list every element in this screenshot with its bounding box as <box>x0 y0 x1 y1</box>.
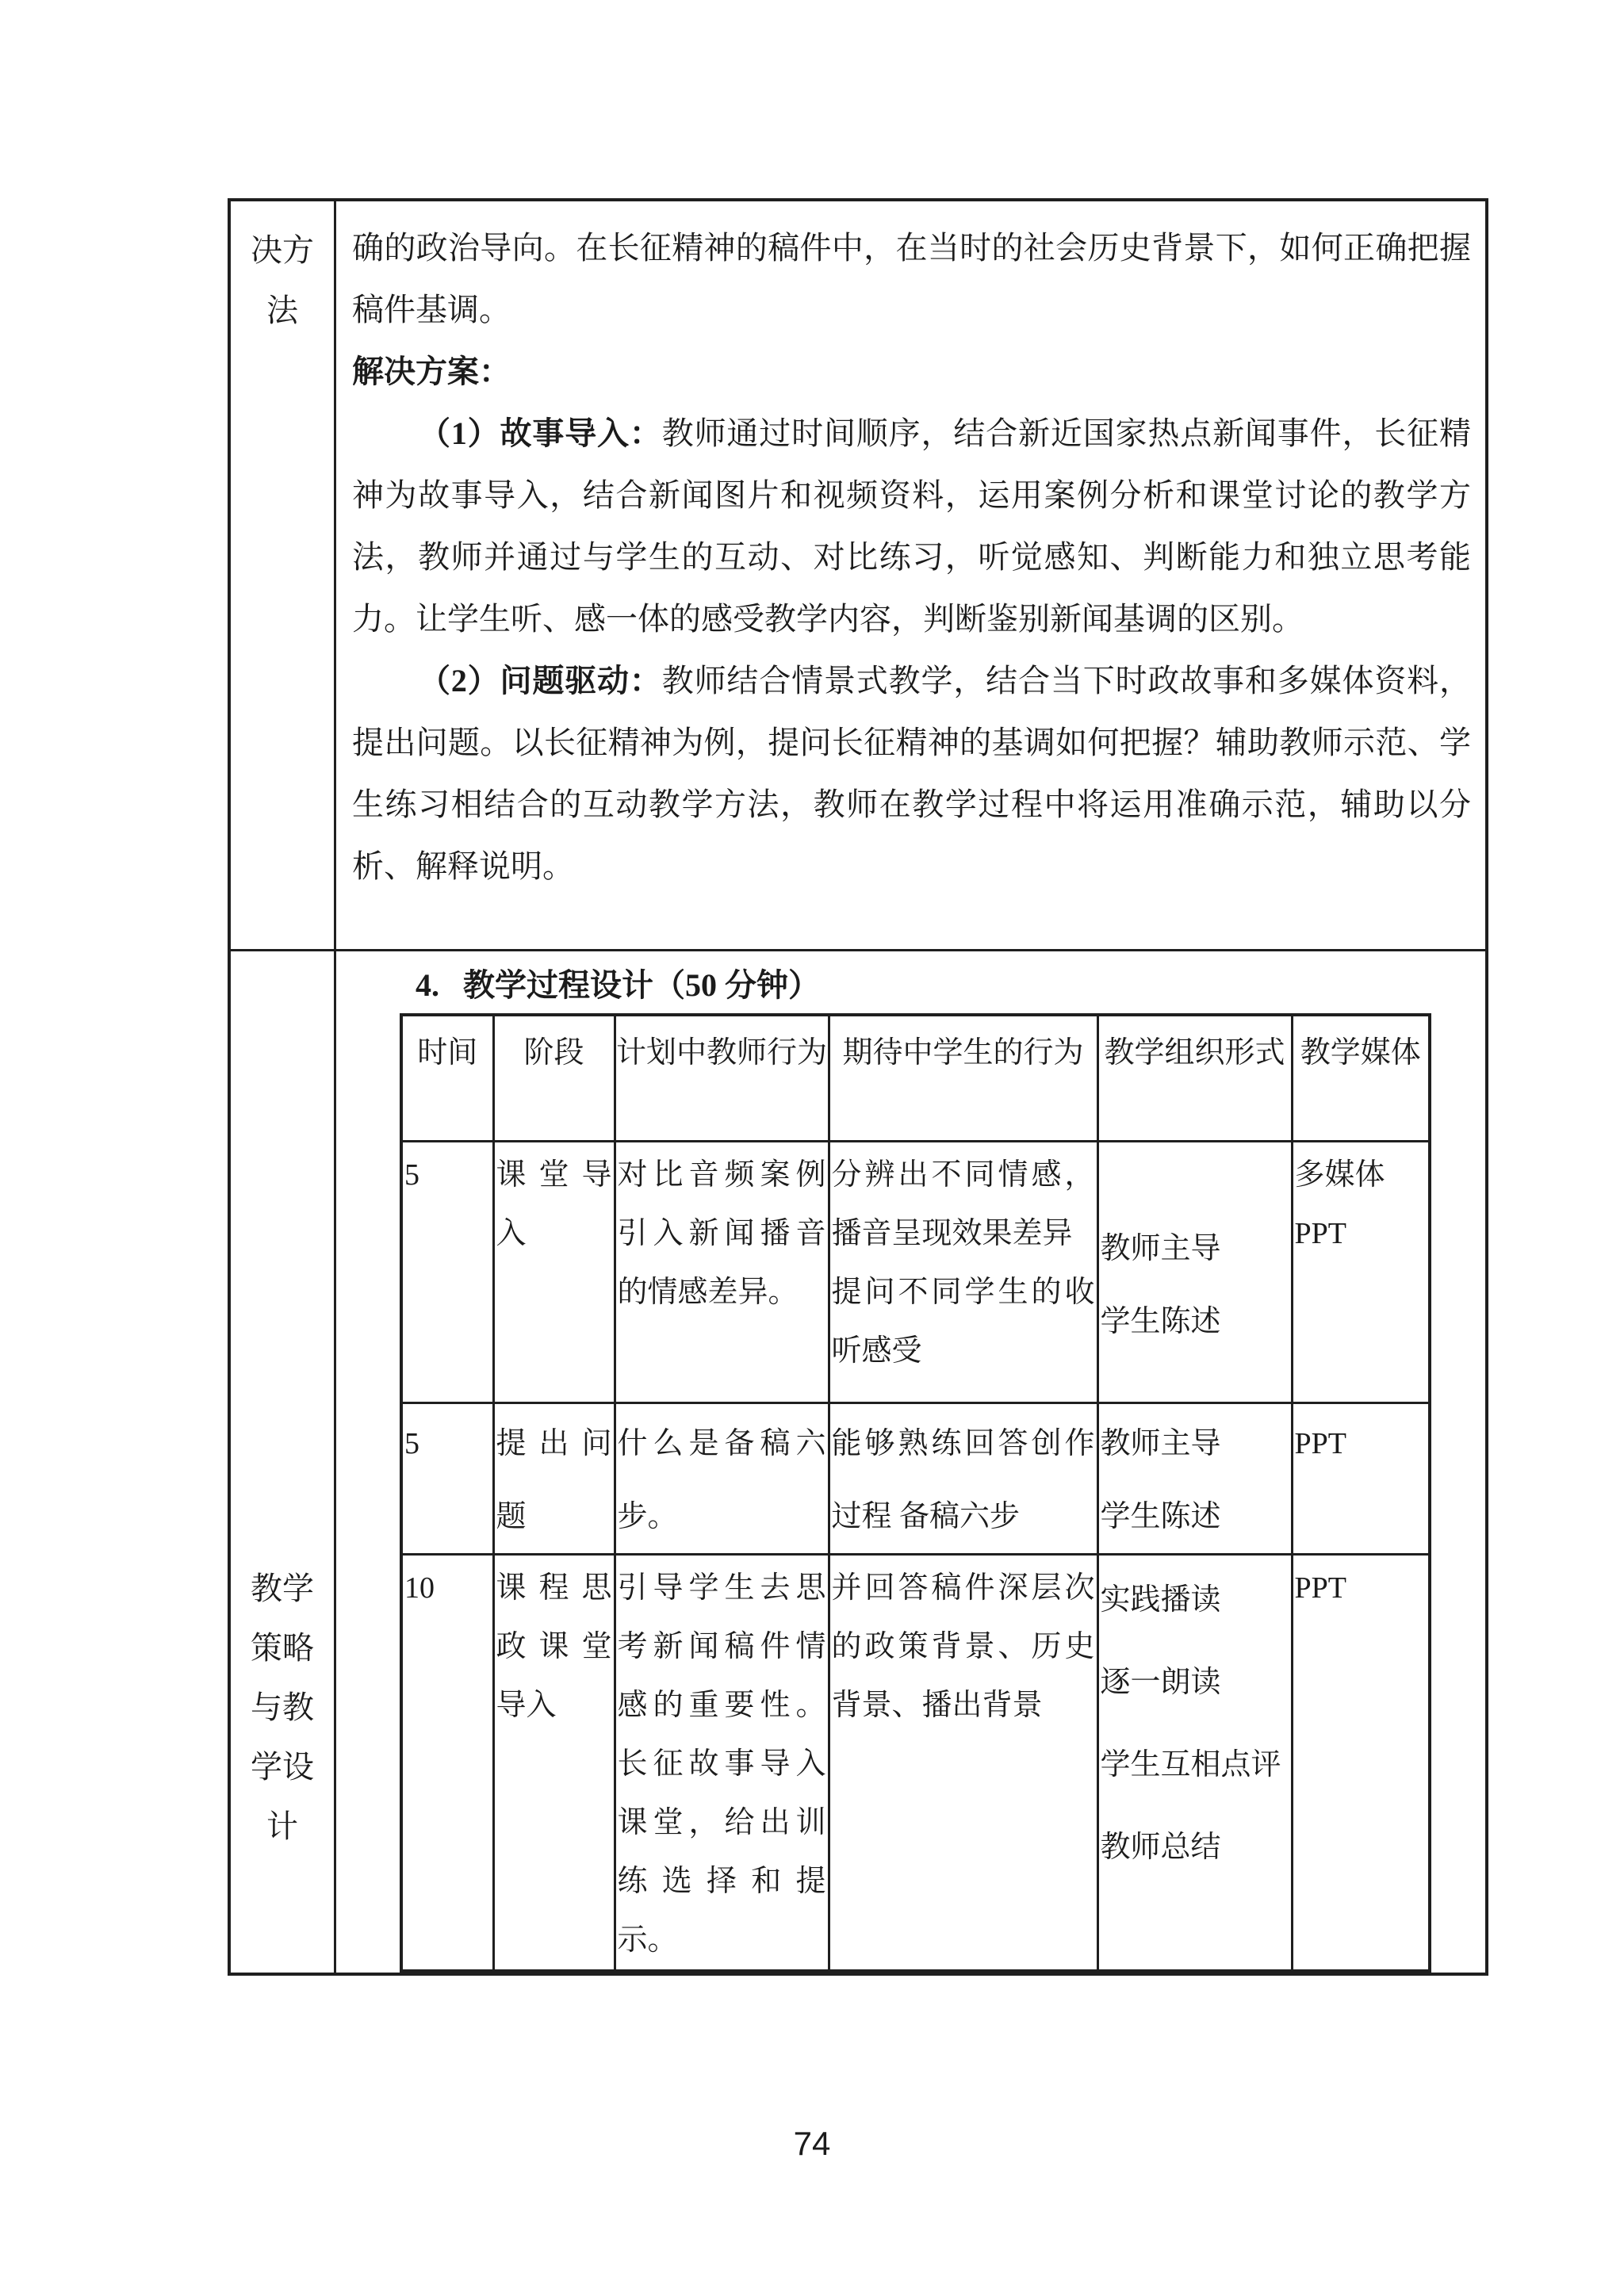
section-title: 教学过程设计（50 分钟） <box>463 967 820 1003</box>
cell-stage: 课堂导入 <box>493 1142 615 1403</box>
row-label-line: 法 <box>231 281 334 341</box>
row-solution-method: 决方 法 确的政治导向。在长征精神的稿件中，在当时的社会历史背景下，如何正确把握… <box>231 201 1485 951</box>
solution-method-content: 确的政治导向。在长征精神的稿件中，在当时的社会历史背景下，如何正确把握稿件基调。… <box>336 201 1485 949</box>
header-time: 时间 <box>401 1015 493 1142</box>
header-teacher-behavior: 计划中教师行为 <box>615 1015 829 1142</box>
row-label-teaching-strategy: 教学 策略 与教 学设 计 <box>231 951 336 1973</box>
table-row: 10 课程思政课堂导入 引导学生去思考新闻稿件情感的重要性。长征故事导入课堂，给… <box>401 1555 1430 1972</box>
lesson-plan-outer-table: 决方 法 确的政治导向。在长征精神的稿件中，在当时的社会历史背景下，如何正确把握… <box>228 198 1488 1976</box>
solution-item-2-label: （2）问题驱动： <box>419 663 662 698</box>
cell-media: PPT <box>1292 1403 1430 1555</box>
row-label-line: 与教 <box>231 1678 334 1737</box>
row-label-solution-method: 决方 法 <box>231 201 336 949</box>
section-number: 4. <box>416 967 439 1003</box>
solution-item-1: （1）故事导入：教师通过时间顺序，结合新近国家热点新闻事件，长征精神为故事导入，… <box>352 403 1471 650</box>
row-label-line: 计 <box>231 1797 334 1856</box>
table-row: 5 课堂导入 对比音频案例引入新闻播音的情感差异。 分辨出不同情感，播音呈现效果… <box>401 1142 1430 1403</box>
cell-time: 10 <box>401 1555 493 1972</box>
header-stage: 阶段 <box>493 1015 615 1142</box>
teaching-strategy-content: 4.教学过程设计（50 分钟） 时间 阶段 计划中教师行为 期待中学生的行为 教… <box>336 951 1485 1973</box>
cell-media: 多媒体 PPT <box>1292 1142 1430 1403</box>
cell-stage: 课程思政课堂导入 <box>493 1555 615 1972</box>
table-row: 5 提出问题 什么是备稿六步。 能够熟练回答创作过程 备稿六步 教师主导 学生陈… <box>401 1403 1430 1555</box>
row-label-line: 决方 <box>231 220 334 281</box>
cell-teacher-behavior: 对比音频案例引入新闻播音的情感差异。 <box>615 1142 829 1403</box>
teaching-process-table: 时间 阶段 计划中教师行为 期待中学生的行为 教学组织形式 教学媒体 5 课堂导… <box>400 1013 1431 1973</box>
page-number: 74 <box>0 2125 1624 2163</box>
row-teaching-strategy: 教学 策略 与教 学设 计 4.教学过程设计（50 分钟） 时间 阶段 <box>231 951 1485 1973</box>
header-student-behavior: 期待中学生的行为 <box>829 1015 1097 1142</box>
table-header-row: 时间 阶段 计划中教师行为 期待中学生的行为 教学组织形式 教学媒体 <box>401 1015 1430 1142</box>
cell-teacher-behavior: 引导学生去思考新闻稿件情感的重要性。长征故事导入课堂，给出训练选择和提示。 <box>615 1555 829 1972</box>
row-label-line: 学设 <box>231 1737 334 1797</box>
solution-item-2: （2）问题驱动：教师结合情景式教学，结合当下时政故事和多媒体资料，提出问题。以长… <box>352 650 1471 897</box>
section-heading: 4.教学过程设计（50 分钟） <box>336 958 1485 1013</box>
cell-student-behavior: 并回答稿件深层次的政策背景、历史背景、播出背景 <box>829 1555 1097 1972</box>
document-page: 决方 法 确的政治导向。在长征精神的稿件中，在当时的社会历史背景下，如何正确把握… <box>0 0 1624 2296</box>
header-media: 教学媒体 <box>1292 1015 1430 1142</box>
cell-media: PPT <box>1292 1555 1430 1972</box>
cell-teacher-behavior: 什么是备稿六步。 <box>615 1403 829 1555</box>
row-label-line: 策略 <box>231 1618 334 1678</box>
cell-student-behavior: 分辨出不同情感，播音呈现效果差异 提问不同学生的收听感受 <box>829 1142 1097 1403</box>
cell-student-behavior: 能够熟练回答创作过程 备稿六步 <box>829 1403 1097 1555</box>
cell-stage: 提出问题 <box>493 1403 615 1555</box>
cell-organization: 教师主导 学生陈述 <box>1097 1142 1292 1403</box>
intro-paragraph: 确的政治导向。在长征精神的稿件中，在当时的社会历史背景下，如何正确把握稿件基调。 <box>352 217 1471 341</box>
solution-item-1-label: （1）故事导入： <box>419 415 662 451</box>
row-label-line: 教学 <box>231 1559 334 1618</box>
cell-time: 5 <box>401 1403 493 1555</box>
cell-organization: 实践播读 逐一朗读 学生互相点评 教师总结 <box>1097 1555 1292 1972</box>
header-organization: 教学组织形式 <box>1097 1015 1292 1142</box>
solution-heading: 解决方案： <box>352 341 1471 403</box>
cell-time: 5 <box>401 1142 493 1403</box>
cell-organization: 教师主导 学生陈述 <box>1097 1403 1292 1555</box>
